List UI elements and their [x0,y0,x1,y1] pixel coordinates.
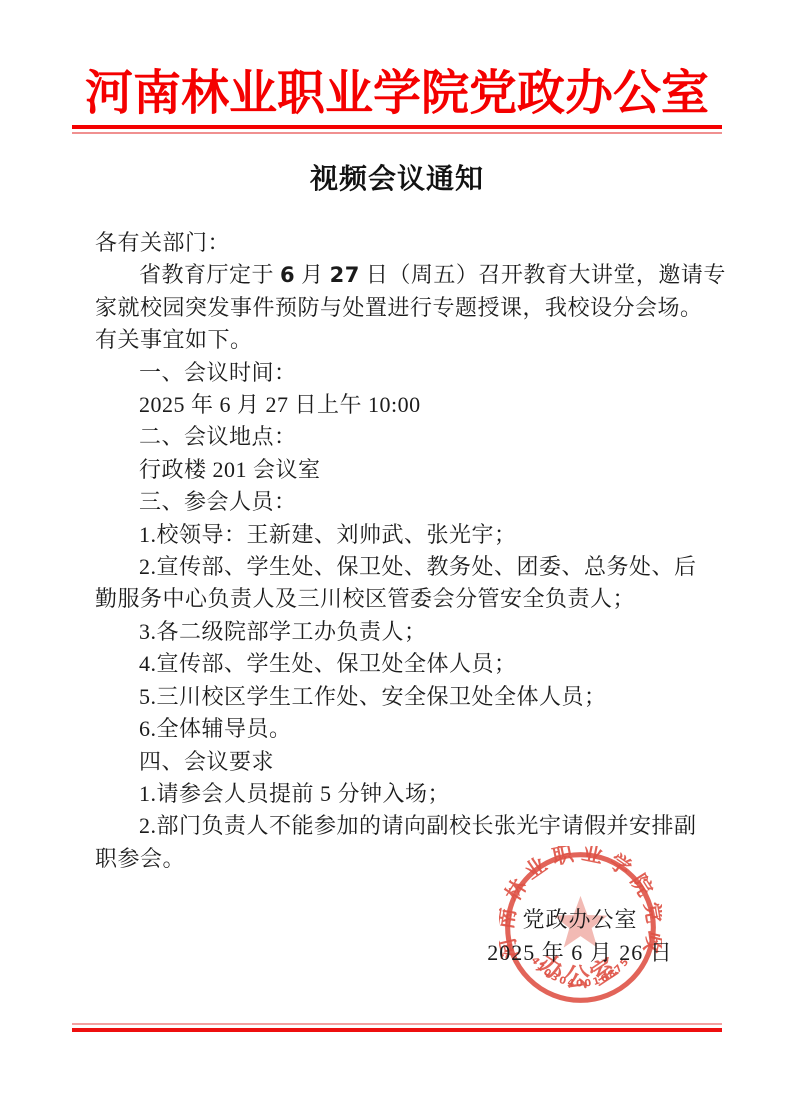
footer-rule-thick [72,1028,722,1032]
body-line: 1.校领导：王新建、刘帅武、张光宇； [95,519,703,551]
header-rule-thin [72,132,722,134]
document-title: 视频会议通知 [0,157,794,197]
document-body: 各有关部门：省教育厅定于 6 月 27 日（周五）召开教育大讲堂，邀请专家就校园… [95,227,703,875]
letterhead-org-title: 河南林业职业学院党政办公室 [0,54,794,123]
body-text: 三、参会人员： [139,489,297,514]
body-text: 省教育厅定于 [139,262,280,287]
body-text: 3.各二级院部学工办负责人； [139,619,427,644]
signature-block: 党政办公室 2025 年 6 月 26 日 [430,903,730,969]
body-text: 四、会议要求 [139,749,274,774]
body-line: 2.部门负责人不能参加的请向副校长张光宇请假并安排副 [95,810,703,842]
bold-number: 6 [280,263,295,287]
body-text: 一、会议时间： [139,360,297,385]
footer-rule-thin [72,1023,722,1025]
body-line: 三、参会人员： [95,486,703,518]
body-line: 四、会议要求 [95,746,703,778]
body-text: 日（周五）召开教育大讲堂，邀请专 [360,262,726,287]
body-text: 有关事宜如下。 [95,327,253,352]
body-line: 勤服务中心负责人及三川校区管委会分管安全负责人； [95,583,703,615]
body-line: 职参会。 [95,843,703,875]
body-line: 6.全体辅导员。 [95,713,703,745]
body-text: 2.宣传部、学生处、保卫处、教务处、团委、总务处、后 [139,554,697,579]
header-rule-thick [72,125,722,129]
body-line: 行政楼 201 会议室 [95,454,703,486]
body-text: 2025 年 6 月 27 日上午 10:00 [139,392,421,417]
body-text: 职参会。 [95,846,185,871]
bold-number: 27 [330,263,360,287]
body-text: 家就校园突发事件预防与处置进行专题授课，我校设分会场。 [95,295,703,320]
body-line: 各有关部门： [95,227,703,259]
body-text: 二、会议地点： [139,424,297,449]
signature-org: 党政办公室 [430,903,730,936]
body-text: 5.三川校区学生工作处、安全保卫处全体人员； [139,684,607,709]
body-line: 2025 年 6 月 27 日上午 10:00 [95,389,703,421]
signature-date: 2025 年 6 月 26 日 [430,936,730,969]
body-line: 家就校园突发事件预防与处置进行专题授课，我校设分会场。 [95,292,703,324]
body-text: 月 [295,262,330,287]
body-text: 各有关部门： [95,230,230,255]
body-line: 3.各二级院部学工办负责人； [95,616,703,648]
body-line: 4.宣传部、学生处、保卫处全体人员； [95,648,703,680]
body-line: 5.三川校区学生工作处、安全保卫处全体人员； [95,681,703,713]
body-text: 勤服务中心负责人及三川校区管委会分管安全负责人； [95,586,635,611]
body-text: 6.全体辅导员。 [139,716,292,741]
body-text: 1.请参会人员提前 5 分钟入场； [139,781,450,806]
body-text: 2.部门负责人不能参加的请向副校长张光宇请假并安排副 [139,813,697,838]
document-page: 河南林业职业学院党政办公室 视频会议通知 各有关部门：省教育厅定于 6 月 27… [0,0,794,1108]
body-text: 4.宣传部、学生处、保卫处全体人员； [139,651,517,676]
body-line: 二、会议地点： [95,421,703,453]
body-line: 一、会议时间： [95,357,703,389]
body-line: 有关事宜如下。 [95,324,703,356]
body-line: 1.请参会人员提前 5 分钟入场； [95,778,703,810]
body-text: 行政楼 201 会议室 [139,457,321,482]
body-line: 省教育厅定于 6 月 27 日（周五）召开教育大讲堂，邀请专 [95,259,703,291]
body-text: 1.校领导：王新建、刘帅武、张光宇； [139,522,517,547]
body-line: 2.宣传部、学生处、保卫处、教务处、团委、总务处、后 [95,551,703,583]
